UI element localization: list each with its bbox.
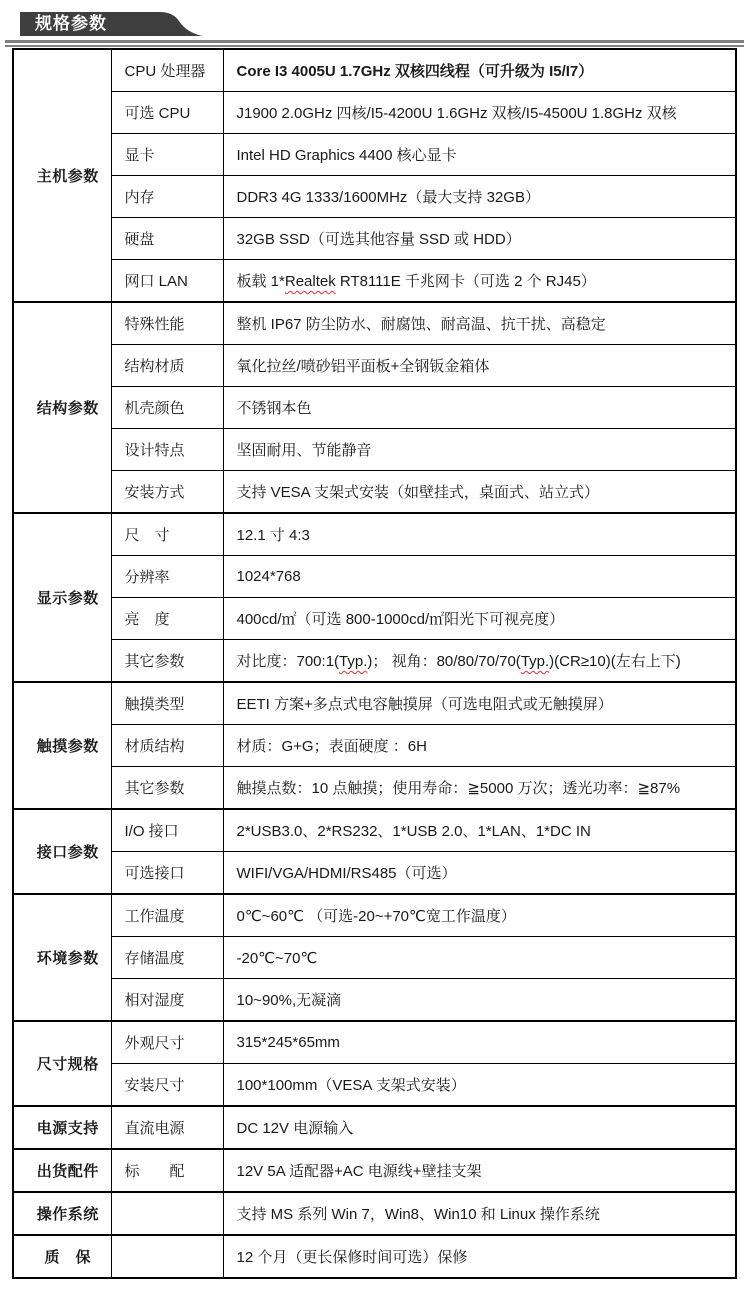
- value-cell: 坚固耐用、节能静音: [223, 429, 736, 471]
- value-cell: 0℃~60℃ （可选-20~+70℃宽工作温度）: [223, 894, 736, 937]
- spec-row: 网口 LAN板载 1*Realtek RT8111E 千兆网卡（可选 2 个 R…: [13, 260, 736, 303]
- value-cell: 12.1 寸 4:3: [223, 513, 736, 556]
- label-cell: 直流电源: [111, 1106, 223, 1149]
- value-cell: 板载 1*Realtek RT8111E 千兆网卡（可选 2 个 RJ45）: [223, 260, 736, 303]
- group-cell: 显示参数: [13, 513, 111, 682]
- spec-row: 出货配件标 配12V 5A 适配器+AC 电源线+壁挂支架: [13, 1149, 736, 1192]
- label-cell: 特殊性能: [111, 302, 223, 345]
- spec-row: 尺寸规格外观尺寸315*245*65mm: [13, 1021, 736, 1064]
- value-text: )； 视角：80/80/70/70(: [367, 653, 520, 670]
- spec-row: 亮 度400cd/㎡（可选 800-1000cd/㎡阳光下可视亮度）: [13, 598, 736, 640]
- value-cell: 不锈钢本色: [223, 387, 736, 429]
- label-cell: 内存: [111, 176, 223, 218]
- spec-section: 触摸参数触摸类型EETI 方案+多点式电容触摸屏（可选电阻式或无触摸屏）材质结构…: [13, 682, 736, 809]
- section-banner: 规格参数: [20, 12, 220, 36]
- value-cell: 315*245*65mm: [223, 1021, 736, 1064]
- label-cell: 分辨率: [111, 556, 223, 598]
- value-text: 对比度：700:1(: [237, 653, 340, 670]
- spec-row: 安装尺寸100*100mm（VESA 支架式安装）: [13, 1064, 736, 1107]
- group-cell: 结构参数: [13, 302, 111, 513]
- label-cell: 可选 CPU: [111, 92, 223, 134]
- spec-sheet-page: 规格参数 主机参数CPU 处理器Core I3 4005U 1.7GHz 双核四…: [0, 0, 749, 1291]
- spec-section: 结构参数特殊性能整机 IP67 防尘防水、耐腐蚀、耐高温、抗干扰、高稳定结构材质…: [13, 302, 736, 513]
- label-cell: [111, 1235, 223, 1278]
- label-cell: 网口 LAN: [111, 260, 223, 303]
- spec-row: 安装方式支持 VESA 支架式安装（如壁挂式，桌面式、站立式）: [13, 471, 736, 514]
- spec-row: 接口参数I/O 接口2*USB3.0、2*RS232、1*USB 2.0、1*L…: [13, 809, 736, 852]
- value-cell: 材质：G+G；表面硬度 ：6H: [223, 725, 736, 767]
- spec-row: 其它参数对比度：700:1(Typ.)； 视角：80/80/70/70(Typ.…: [13, 640, 736, 683]
- spec-row: 质 保12 个月（更长保修时间可选）保修: [13, 1235, 736, 1278]
- group-cell: 环境参数: [13, 894, 111, 1021]
- value-cell: 对比度：700:1(Typ.)； 视角：80/80/70/70(Typ.)(CR…: [223, 640, 736, 683]
- value-cell: 2*USB3.0、2*RS232、1*USB 2.0、1*LAN、1*DC IN: [223, 809, 736, 852]
- spec-section: 环境参数工作温度0℃~60℃ （可选-20~+70℃宽工作温度）存储温度-20℃…: [13, 894, 736, 1021]
- value-cell: J1900 2.0GHz 四核/I5-4200U 1.6GHz 双核/I5-45…: [223, 92, 736, 134]
- spec-section: 尺寸规格外观尺寸315*245*65mm安装尺寸100*100mm（VESA 支…: [13, 1021, 736, 1106]
- label-cell: 外观尺寸: [111, 1021, 223, 1064]
- spec-section: 主机参数CPU 处理器Core I3 4005U 1.7GHz 双核四线程（可升…: [13, 49, 736, 302]
- spec-row: 设计特点坚固耐用、节能静音: [13, 429, 736, 471]
- group-cell: 电源支持: [13, 1106, 111, 1149]
- value-cell: 32GB SSD（可选其他容量 SSD 或 HDD）: [223, 218, 736, 260]
- label-cell: I/O 接口: [111, 809, 223, 852]
- value-cell: EETI 方案+多点式电容触摸屏（可选电阻式或无触摸屏）: [223, 682, 736, 725]
- label-cell: 其它参数: [111, 767, 223, 810]
- value-cell: 12V 5A 适配器+AC 电源线+壁挂支架: [223, 1149, 736, 1192]
- value-cell: DDR3 4G 1333/1600MHz（最大支持 32GB）: [223, 176, 736, 218]
- label-cell: 可选接口: [111, 852, 223, 895]
- spec-row: 显示参数尺 寸12.1 寸 4:3: [13, 513, 736, 556]
- value-text: )(CR≥10)(左右上下): [549, 653, 681, 670]
- value-cell: 10~90%,无凝滴: [223, 979, 736, 1022]
- label-cell: 触摸类型: [111, 682, 223, 725]
- spec-section: 出货配件标 配12V 5A 适配器+AC 电源线+壁挂支架: [13, 1149, 736, 1192]
- spec-row: 分辨率1024*768: [13, 556, 736, 598]
- spec-row: 硬盘32GB SSD（可选其他容量 SSD 或 HDD）: [13, 218, 736, 260]
- group-cell: 接口参数: [13, 809, 111, 894]
- label-cell: 存储温度: [111, 937, 223, 979]
- spec-row: 触摸参数触摸类型EETI 方案+多点式电容触摸屏（可选电阻式或无触摸屏）: [13, 682, 736, 725]
- label-cell: 安装尺寸: [111, 1064, 223, 1107]
- spec-row: 可选 CPUJ1900 2.0GHz 四核/I5-4200U 1.6GHz 双核…: [13, 92, 736, 134]
- spec-table: 主机参数CPU 处理器Core I3 4005U 1.7GHz 双核四线程（可升…: [12, 48, 737, 1279]
- value-text: 板载 1*: [237, 273, 285, 290]
- group-cell: 出货配件: [13, 1149, 111, 1192]
- value-cell: 整机 IP67 防尘防水、耐腐蚀、耐高温、抗干扰、高稳定: [223, 302, 736, 345]
- spec-section: 显示参数尺 寸12.1 寸 4:3分辨率1024*768亮 度400cd/㎡（可…: [13, 513, 736, 682]
- spec-row: 可选接口WIFI/VGA/HDMI/RS485（可选）: [13, 852, 736, 895]
- label-cell: 硬盘: [111, 218, 223, 260]
- spec-row: 显卡Intel HD Graphics 4400 核心显卡: [13, 134, 736, 176]
- spec-row: 操作系统支持 MS 系列 Win 7，Win8、Win10 和 Linux 操作…: [13, 1192, 736, 1235]
- value-cell: 400cd/㎡（可选 800-1000cd/㎡阳光下可视亮度）: [223, 598, 736, 640]
- group-cell: 主机参数: [13, 49, 111, 302]
- spec-section: 电源支持直流电源DC 12V 电源输入: [13, 1106, 736, 1149]
- label-cell: 机壳颜色: [111, 387, 223, 429]
- value-cell: 支持 VESA 支架式安装（如壁挂式，桌面式、站立式）: [223, 471, 736, 514]
- header-divider: [5, 40, 744, 47]
- value-cell: 100*100mm（VESA 支架式安装）: [223, 1064, 736, 1107]
- value-cell: WIFI/VGA/HDMI/RS485（可选）: [223, 852, 736, 895]
- value-cell: 氧化拉丝/喷砂铝平面板+全钢钣金箱体: [223, 345, 736, 387]
- label-cell: [111, 1192, 223, 1235]
- spec-row: 环境参数工作温度0℃~60℃ （可选-20~+70℃宽工作温度）: [13, 894, 736, 937]
- value-cell: 触摸点数：10 点触摸；使用寿命：≧5000 万次；透光功率：≧87%: [223, 767, 736, 810]
- misspelled-text: Typ.: [521, 653, 549, 670]
- group-cell: 操作系统: [13, 1192, 111, 1235]
- label-cell: 亮 度: [111, 598, 223, 640]
- spec-row: 机壳颜色不锈钢本色: [13, 387, 736, 429]
- page-title: 规格参数: [35, 12, 107, 36]
- misspelled-text: Realtek: [285, 273, 336, 290]
- label-cell: 工作温度: [111, 894, 223, 937]
- spec-row: 结构参数特殊性能整机 IP67 防尘防水、耐腐蚀、耐高温、抗干扰、高稳定: [13, 302, 736, 345]
- label-cell: 材质结构: [111, 725, 223, 767]
- spec-row: 主机参数CPU 处理器Core I3 4005U 1.7GHz 双核四线程（可升…: [13, 49, 736, 92]
- label-cell: 标 配: [111, 1149, 223, 1192]
- group-cell: 触摸参数: [13, 682, 111, 809]
- label-cell: 结构材质: [111, 345, 223, 387]
- value-cell: 1024*768: [223, 556, 736, 598]
- label-cell: CPU 处理器: [111, 49, 223, 92]
- spec-row: 相对湿度10~90%,无凝滴: [13, 979, 736, 1022]
- value-cell: -20℃~70℃: [223, 937, 736, 979]
- label-cell: 显卡: [111, 134, 223, 176]
- spec-row: 电源支持直流电源DC 12V 电源输入: [13, 1106, 736, 1149]
- spec-section: 质 保12 个月（更长保修时间可选）保修: [13, 1235, 736, 1278]
- group-cell: 尺寸规格: [13, 1021, 111, 1106]
- label-cell: 尺 寸: [111, 513, 223, 556]
- misspelled-text: Typ.: [339, 653, 367, 670]
- group-cell: 质 保: [13, 1235, 111, 1278]
- value-cell: Core I3 4005U 1.7GHz 双核四线程（可升级为 I5/I7）: [223, 49, 736, 92]
- spec-row: 存储温度-20℃~70℃: [13, 937, 736, 979]
- label-cell: 相对湿度: [111, 979, 223, 1022]
- spec-row: 内存DDR3 4G 1333/1600MHz（最大支持 32GB）: [13, 176, 736, 218]
- value-cell: Intel HD Graphics 4400 核心显卡: [223, 134, 736, 176]
- label-cell: 其它参数: [111, 640, 223, 683]
- label-cell: 设计特点: [111, 429, 223, 471]
- value-text: RT8111E 千兆网卡（可选 2 个 RJ45）: [336, 273, 596, 290]
- spec-section: 操作系统支持 MS 系列 Win 7，Win8、Win10 和 Linux 操作…: [13, 1192, 736, 1235]
- spec-row: 结构材质氧化拉丝/喷砂铝平面板+全钢钣金箱体: [13, 345, 736, 387]
- label-cell: 安装方式: [111, 471, 223, 514]
- spec-section: 接口参数I/O 接口2*USB3.0、2*RS232、1*USB 2.0、1*L…: [13, 809, 736, 894]
- spec-row: 其它参数触摸点数：10 点触摸；使用寿命：≧5000 万次；透光功率：≧87%: [13, 767, 736, 810]
- value-cell: 12 个月（更长保修时间可选）保修: [223, 1235, 736, 1278]
- value-cell: DC 12V 电源输入: [223, 1106, 736, 1149]
- spec-row: 材质结构材质：G+G；表面硬度 ：6H: [13, 725, 736, 767]
- value-cell: 支持 MS 系列 Win 7，Win8、Win10 和 Linux 操作系统: [223, 1192, 736, 1235]
